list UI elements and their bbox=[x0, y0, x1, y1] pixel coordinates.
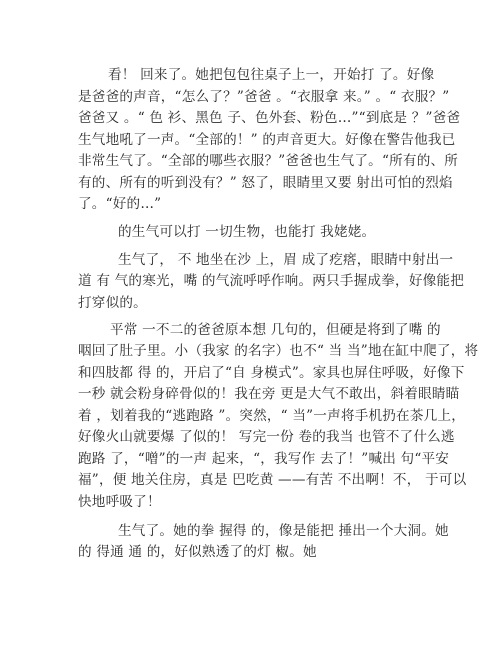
text-line: 咽回了肚子里。小（我家 的名字）也不“ 当 当”地在缸中爬了，将 bbox=[78, 343, 478, 359]
text-line: 快地呼吸了！ bbox=[78, 494, 161, 510]
text-line: 的生气可以打 一切生物，也能打 我姥姥。 bbox=[118, 224, 375, 240]
text-line: 非常生气了。“全部的哪些衣服？”爸爸也生气了。“所有的、所 bbox=[78, 153, 458, 169]
text-line: 了。“好的…” bbox=[78, 196, 161, 212]
text-line: 平常 一不二的爸爸原本想 几句的，但硬是将到了嘴 的 bbox=[110, 322, 441, 338]
document-page: 看！ 回来了。她把包包往桌子上一，开始打 了。好像 是爸爸的声音，“怎么了？”爸… bbox=[0, 0, 500, 647]
text-line: 生气了。她的拳 握得 的，像是能把 捶出一个大洞。她 bbox=[118, 523, 449, 539]
text-line: 道 有 气的寒光，嘴 的气流呼呼作响。两只手握成拳，好像能把 bbox=[78, 273, 464, 289]
text-line: 一秒 就会粉身碎骨似的！我在旁 更是大气不敢出，斜着眼睛瞄 bbox=[78, 386, 459, 402]
text-line: 着 ，划着我的“逃跑路 ”。突然，“ 当”一声将手机扔在茶几上， bbox=[78, 408, 465, 424]
text-line: 好像火山就要爆 了似的！ 写完一份 卷的我当 也管不了什么逃 bbox=[78, 429, 455, 445]
text-line: 有的、所有的听到没有？” 怒了，眼睛里又要 射出可怕的烈焰 bbox=[78, 175, 453, 191]
text-line: 和四肢都 得 的，开启了“自 身模式”。家具也屏住呼吸，好像下 bbox=[78, 365, 465, 381]
text-line: 是爸爸的声音，“怎么了？”爸爸 。“衣服拿 来。” 。“ 衣服？” bbox=[78, 89, 449, 105]
text-line: 看！ 回来了。她把包包往桌子上一，开始打 了。好像 bbox=[108, 67, 434, 83]
text-line: 福”，便 地关住房，真是 巴吃黄 ——有苦 不出啊！不， 于可以 bbox=[78, 472, 466, 488]
text-line: 生气了， 不 地坐在沙 上，眉 成了疙瘩，眼睛中射出一 bbox=[118, 252, 453, 268]
text-line: 生气地吼了一声。“全部的！” 的声音更大。好像在警告他我已 bbox=[78, 132, 455, 148]
text-line: 打穿似的。 bbox=[78, 295, 147, 311]
text-line: 跑路 了，“噌”的一声 起来，“，我写作 去了！”喊出 句“平安 bbox=[78, 451, 449, 467]
text-line: 的 得通 通 的，好似熟透了的灯 椒。她 bbox=[78, 544, 317, 560]
text-line: 爸爸又 。“ 色 衫、黑色 子、色外套、粉色…”“到底是 ？”爸爸 bbox=[78, 110, 460, 126]
